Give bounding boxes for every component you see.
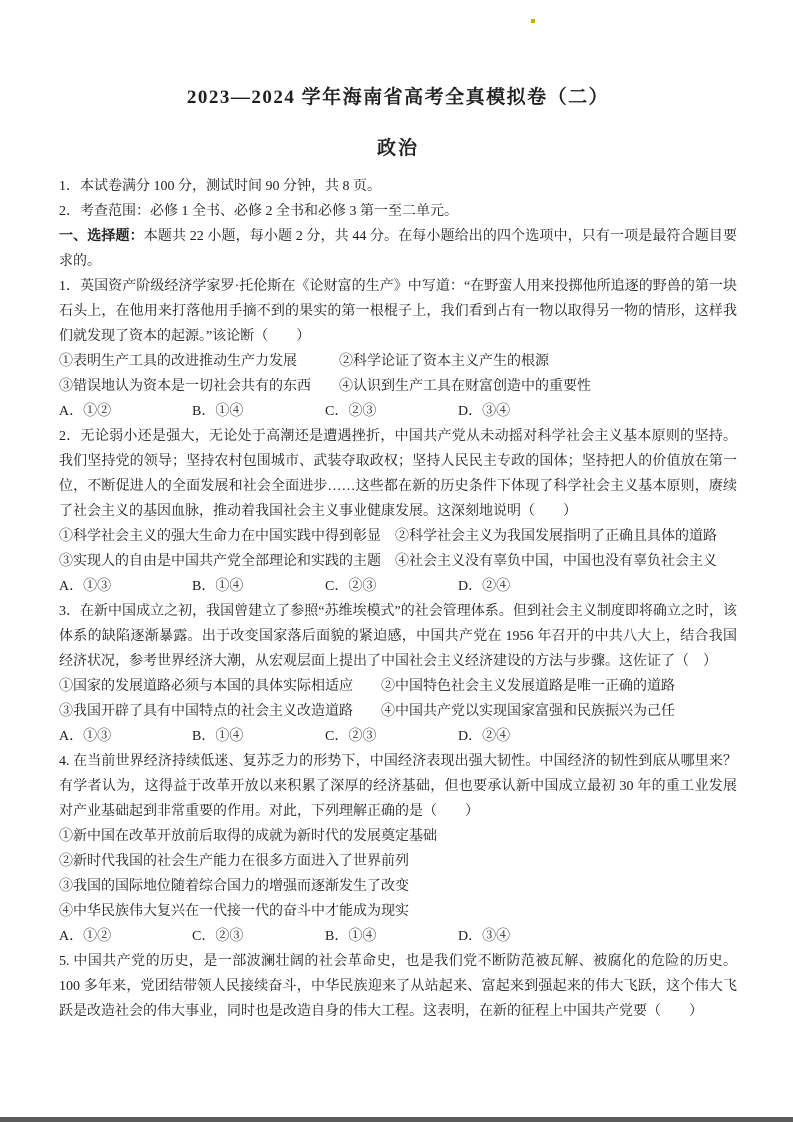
question-3: 3．在新中国成立之初，我国曾建立了参照“苏维埃模式”的社会管理体系。但到社会主义… [59,599,737,749]
question-3-choices-line-1: ①国家的发展道路必须与本国的具体实际相适应 ②中国特色社会主义发展道路是唯一正确… [59,674,737,699]
section-desc: 本题共 22 小题，每小题 2 分，共 44 分。在每小题给出的四个选项中，只有… [59,229,737,269]
question-2-stem: 2．无论弱小还是强大，无论处于高潮还是遭遇挫折，中国共产党从未动摇对科学社会主义… [59,424,737,524]
question-3-option-c: C．②③ [325,724,458,749]
question-4-option-d: D．③④ [458,924,510,949]
question-3-option-d: D．②④ [458,724,510,749]
question-3-options: A．①③ B．①④ C．②③ D．②④ [59,724,737,749]
question-1-option-a: A．①② [59,399,192,424]
question-1-option-d: D．③④ [458,399,510,424]
question-4: 4. 在当前世界经济持续低迷、复苏乏力的形势下，中国经济表现出强大韧性。中国经济… [59,749,737,949]
question-2-choices-line-1: ①科学社会主义的强大生命力在中国实践中得到彰显 ②科学社会主义为我国发展指明了正… [59,524,737,549]
question-2: 2．无论弱小还是强大，无论处于高潮还是遭遇挫折，中国共产党从未动摇对科学社会主义… [59,424,737,599]
question-1-choices-line-2: ③错误地认为资本是一切社会共有的东西 ④认识到生产工具在财富创造中的重要性 [59,374,737,399]
question-4-choice-4: ④中华民族伟大复兴在一代接一代的奋斗中才能成为现实 [59,899,737,924]
paper-subject: 政治 [59,137,737,161]
question-4-option-c: C．②③ [192,924,325,949]
scanned-exam-page: { "paper": { "title": "2023—2024 学年海南省高考… [0,0,793,1122]
question-4-choice-3: ③我国的国际地位随着综合国力的增强而逐渐发生了改变 [59,874,737,899]
exam-paper: 2023—2024 学年海南省高考全真模拟卷（二） 政治 1．本试卷满分 100… [59,86,737,1024]
question-1-stem: 1．英国资产阶级经济学家罗·托伦斯在《论财富的生产》中写道：“在野蛮人用来投掷他… [59,274,737,349]
exam-note-1: 1．本试卷满分 100 分，测试时间 90 分钟，共 8 页。 [59,174,737,199]
question-2-option-c: C．②③ [325,574,458,599]
question-4-options: A．①② C．②③ B．①④ D．③④ [59,924,737,949]
question-5-stem: 5. 中国共产党的历史，是一部波澜壮阔的社会革命史，也是我们党不断防范被瓦解、被… [59,949,737,1024]
question-4-choice-1: ①新中国在改革开放前后取得的成就为新时代的发展奠定基础 [59,824,737,849]
question-3-option-b: B．①④ [192,724,325,749]
question-1-option-b: B．①④ [192,399,325,424]
question-3-stem: 3．在新中国成立之初，我国曾建立了参照“苏维埃模式”的社会管理体系。但到社会主义… [59,599,737,674]
question-2-option-a: A．①③ [59,574,192,599]
question-3-choices-line-2: ③我国开辟了具有中国特点的社会主义改造道路 ④中国共产党以实现国家富强和民族振兴… [59,699,737,724]
question-4-stem: 4. 在当前世界经济持续低迷、复苏乏力的形势下，中国经济表现出强大韧性。中国经济… [59,749,737,824]
scan-bottom-edge [0,1117,793,1122]
section-header: 一、选择题：本题共 22 小题，每小题 2 分，共 44 分。在每小题给出的四个… [59,224,737,274]
question-5: 5. 中国共产党的历史，是一部波澜壮阔的社会革命史，也是我们党不断防范被瓦解、被… [59,949,737,1024]
question-1-option-c: C．②③ [325,399,458,424]
question-4-option-b: B．①④ [325,924,458,949]
question-2-choices-line-2: ③实现人的自由是中国共产党全部理论和实践的主题 ④社会主义没有辜负中国，中国也没… [59,549,737,574]
paper-body: 1．本试卷满分 100 分，测试时间 90 分钟，共 8 页。 2．考查范围：必… [59,174,737,1024]
question-4-choice-2: ②新时代我国的社会生产能力在很多方面进入了世界前列 [59,849,737,874]
question-2-option-b: B．①④ [192,574,325,599]
scan-artifact-dot [531,19,535,23]
section-label: 一、选择题： [59,229,144,244]
question-1-choices-line-1: ①表明生产工具的改进推动生产力发展 ②科学论证了资本主义产生的根源 [59,349,737,374]
question-1: 1．英国资产阶级经济学家罗·托伦斯在《论财富的生产》中写道：“在野蛮人用来投掷他… [59,274,737,424]
paper-title: 2023—2024 学年海南省高考全真模拟卷（二） [59,86,737,110]
exam-note-2: 2．考查范围：必修 1 全书、必修 2 全书和必修 3 第一至二单元。 [59,199,737,224]
question-2-options: A．①③ B．①④ C．②③ D．②④ [59,574,737,599]
question-4-option-a: A．①② [59,924,192,949]
question-2-option-d: D．②④ [458,574,510,599]
question-1-options: A．①② B．①④ C．②③ D．③④ [59,399,737,424]
question-3-option-a: A．①③ [59,724,192,749]
